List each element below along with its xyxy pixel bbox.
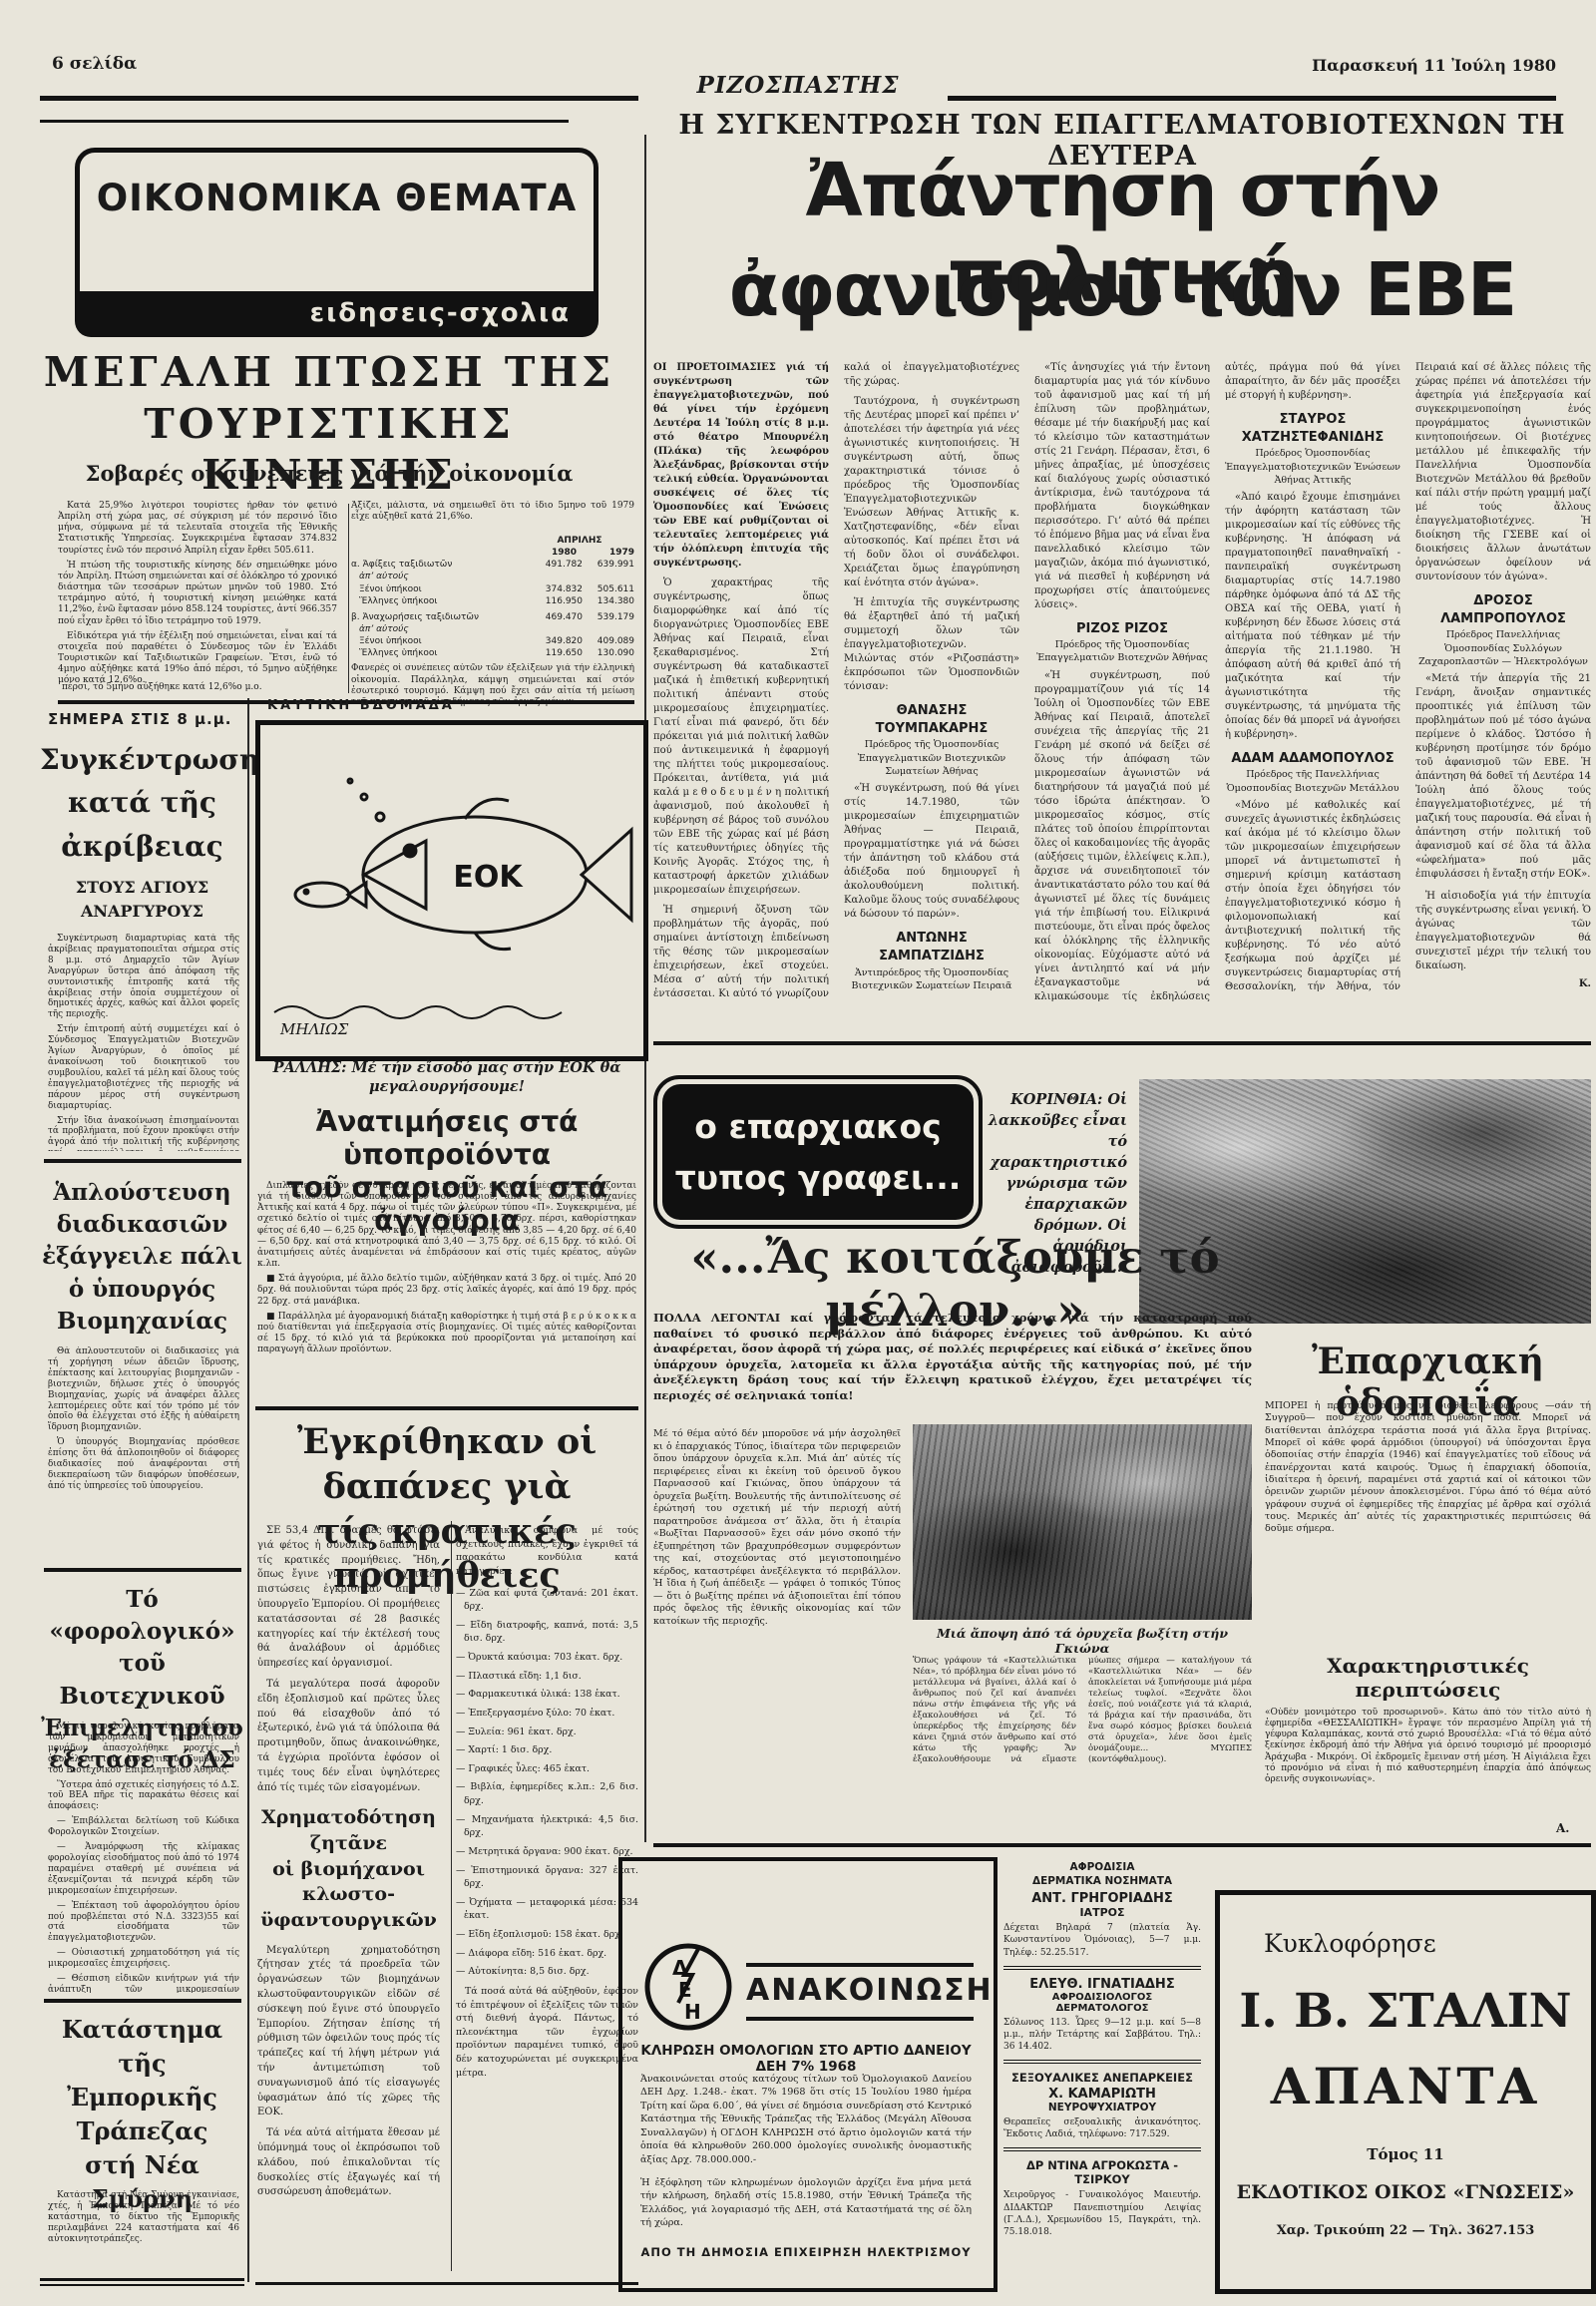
dei-logo-icon: Δ Ε Η (642, 1941, 734, 2033)
cases-title: Χαρακτηριστικές περιπτώσεις (1265, 1654, 1591, 1702)
bank-title: Κατάστημα τῆς Ἐμπορικῆς Τράπεζας στή Νέα… (40, 2013, 244, 2216)
provincial-signoff: Α. (1556, 1821, 1570, 1835)
newspaper-page: { "page": { "page_label": "6 σελίδα", "m… (0, 0, 1596, 2306)
speaker-block: ΑΔΑΜ ΑΔΑΜΟΠΟΥΛΟΣ Πρόεδρος τῆς Πανελλήνια… (1225, 750, 1400, 795)
classified-ad: ΑΦΡΟΔΙΣΙΑ ΔΕΡΜΑΤΙΚΑ ΝΟΣΗΜΑΤΑ ΑΝΤ. ΓΡΗΓΟΡ… (1003, 1861, 1201, 1959)
tourism-col2-top: Ἀξίζει, μάλιστα, νά σημειωθεῖ ὅτι τό ἴδι… (351, 501, 634, 535)
photo2-caption: Μιά ἄποψη ἀπό τά ὀρυχεῖα βωξίτη στήν Γκι… (913, 1626, 1252, 1656)
provincial-intro: ΠΟΛΛΑ ΛΕΓΟΝΤΑΙ καί γράφονται τά τελευταῖ… (653, 1311, 1252, 1416)
table-title: ΑΠΡΙΛΗΣ (525, 535, 634, 547)
cartoon-label: ΚΑΥΤΙΚΗ ΒΔΟΜΑΔΑ (267, 698, 455, 713)
list-item: — Ὀρυκτά καύσιμα: 703 ἑκατ. δρχ. (456, 1651, 638, 1665)
sidebar-bottom-rule-b (40, 2284, 244, 2286)
provincial-col-1: Μέ τό θέμα αὐτό δέν μποροῦσε νά μήν ἀσχο… (653, 1428, 901, 1835)
table-col-1980: 1980 (525, 547, 577, 559)
cartoon-caption: ΡΑΛΛΗΣ: Μέ τήν εἴσοδό μας στήν ΕΟΚ θά με… (255, 1059, 638, 1097)
header-rule-sub (40, 120, 569, 123)
speaker-title: Πρόεδρος Πανελλήνιας Ὁμοσπονδίας Συλλόγω… (1415, 628, 1591, 668)
ebe-signoff: Κ. (1415, 977, 1591, 991)
sidebar-rule-2 (44, 1568, 241, 1572)
speaker-name: ΡΙΖΟΣ ΡΙΖΟΣ (1034, 620, 1210, 638)
tourism-body: Κατά 25,9%ο λιγότεροι τουρίστες ἦρθαν τό… (58, 501, 634, 700)
classified-ad: ΔΡ ΝΤΙΝΑ ΑΓΡΟΚΩΣΤΑ - ΤΣΙΡΚΟΥ Χειροῦργος … (1003, 2158, 1201, 2238)
list-item: — Βιβλία, ἐφημερίδες κ.λπ.: 2,6 δισ. δρχ… (456, 1780, 638, 1807)
speaker-block: ΔΡΟΣΟΣ ΛΑΜΠΡΟΠΟΥΛΟΣ Πρόεδρος Πανελλήνιας… (1415, 592, 1591, 668)
speaker-title: Ἀντιπρόεδρος τῆς Ὁμοσπονδίας Βιοτεχνικῶν… (844, 966, 1019, 993)
list-item: — Μετρητικά ὄργανα: 900 ἑκατ. δρχ. (456, 1845, 638, 1859)
ad-divider (1003, 2147, 1201, 2151)
ad-divider (1003, 2060, 1201, 2064)
list-item: — Ὀχήματα — μεταφορικά μέσα: 534 ἑκατ. (456, 1896, 638, 1923)
ad4-name: ΔΡ ΝΤΙΝΑ ΑΓΡΟΚΩΣΤΑ - ΤΣΙΡΚΟΥ (1003, 2158, 1201, 2186)
meeting-body: Συγκέντρωση διαμαρτυρίας κατά τῆς ἀκρίβε… (48, 934, 239, 1151)
speaker-title: Πρόεδρος τῆς Ὁμοσπονδίας Ἐπαγγελματιῶν Β… (1034, 638, 1210, 665)
speaker-block: ΣΤΑΥΡΟΣ ΧΑΤΖΗΣΤΕΦΑΝΙΔΗΣ Πρόεδρος Ὁμοσπον… (1225, 411, 1400, 487)
speaker-name: ΑΔΑΜ ΑΔΑΜΟΠΟΥΛΟΣ (1225, 750, 1400, 768)
table-row: Ἕλληνες ὑπήκοοι116.950134.380 (351, 595, 634, 607)
procurement-col-1: ΣΕ 53,4 ΔΙΣ. δραχμές θά φτάσει γιά φέτος… (257, 1524, 440, 2274)
road-body: ΜΠΟΡΕΙ ἡ πρωτεύουσά μας νά διαθέτει λεωφ… (1265, 1400, 1591, 1646)
speaker-title: Πρόεδρος Ὁμοσπονδίας Ἐπαγγελματοβιοτεχνι… (1225, 447, 1400, 487)
simplification-title: Ἁπλούστευση διαδικασιῶν ἐξάγγειλε πάλι ὁ… (40, 1177, 244, 1338)
sidebar-bottom-rule-a (40, 2278, 244, 2281)
meeting-kicker: ΣΗΜΕΡΑ ΣΤΙΣ 8 μ.μ. (48, 710, 231, 728)
table-row: ἀπ’ αὐτούς (351, 623, 634, 635)
book-title-works: ΑΠΑΝΤΑ (1220, 2057, 1591, 2115)
ad1-sub: ΙΑΤΡΟΣ (1003, 1906, 1201, 1919)
header-rule-left (40, 96, 638, 101)
list-item: — Ἐπεξεργασμένο ξύλο: 70 ἑκατ. (456, 1707, 638, 1721)
dei-body: Ἀνακοινώνεται στούς κατόχους τίτλων τοῦ … (640, 2073, 972, 2260)
economic-themes-box: ΟΙΚΟΝΟΜΙΚΑ ΘΕΜΑΤΑ ειδησεις-σχολια (75, 148, 598, 337)
meeting-title: Συγκέντρωση κατά τῆς ἀκρίβειας (40, 738, 244, 868)
ebe-intro: ΟΙ ΠΡΟΕΤΟΙΜΑΣΙΕΣ γιά τή συγκέντρωση τῶν … (653, 361, 829, 571)
procurement-list: — Ζῶα καί φυτά ζωντανά: 201 ἑκατ. δρχ. —… (456, 1587, 638, 1979)
dei-header-rule-bottom (746, 2017, 974, 2021)
simplification-body: Θά ἁπλουστευτοῦν οἱ διαδικασίες γιά τή χ… (48, 1346, 239, 1560)
classified-ad: ΣΕΞΟΥΑΛΙΚΕΣ ΑΝΕΠΑΡΚΕΙΕΣ Χ. ΚΑΜΑΡΙΩΤΗ ΝΕΥ… (1003, 2071, 1201, 2140)
list-item: — Πλαστικά εἴδη: 1,1 δισ. (456, 1670, 638, 1684)
page-number: 6 σελίδα (52, 54, 137, 74)
tourism-deck: Σοβαρές οἱ συνέπειες γιά τήν οἰκονομία (40, 461, 618, 486)
cartoon-col-bottom-rule (255, 2282, 638, 2285)
book-ad-box: Κυκλοφόρησε Ι. Β. ΣΤΑΛΙΝ ΑΠΑΝΤΑ Τόμος 11… (1215, 1890, 1596, 2294)
speaker-block: ΡΙΖΟΣ ΡΙΖΟΣ Πρόεδρος τῆς Ὁμοσπονδίας Ἐπα… (1034, 620, 1210, 665)
ebe-article-body: ΟΙ ΠΡΟΕΤΟΙΜΑΣΙΕΣ γιά τή συγκέντρωση τῶν … (653, 361, 1591, 1031)
book-ad-label: Κυκλοφόρησε (1264, 1929, 1591, 1958)
dei-announcement-box: Δ Ε Η ΑΝΑΚΟΙΝΩΣΗ ΚΛΗΡΩΣΗ ΟΜΟΛΟΓΙΩΝ ΣΤΟ Α… (618, 1857, 997, 2292)
cases-body: «Οὐδέν μονιμότερο τοῦ προσωρινοῦ». Κάτω … (1265, 1708, 1591, 1825)
dei-signoff: ΑΠΟ ΤΗ ΔΗΜΟΣΙΑ ΕΠΙΧΕΙΡΗΣΗ ΗΛΕΚΤΡΙΣΜΟΥ (640, 2244, 972, 2260)
speaker-block: ΑΝΤΩΝΗΣ ΣΑΜΠΑΤΖΙΔΗΣ Ἀντιπρόεδρος τῆς Ὁμο… (844, 930, 1019, 992)
header-rule-right (948, 96, 1556, 101)
ad1-name: ΑΝΤ. ΓΡΗΓΟΡΙΑΔΗΣ (1003, 1891, 1201, 1906)
bank-body: Κατάστημα στή Νέα Σμύρνη ἐγκαινίασε, χτέ… (48, 2190, 239, 2274)
ad3-name: Χ. ΚΑΜΑΡΙΩΤΗ (1003, 2087, 1201, 2102)
speaker-name: ΑΝΤΩΝΗΣ ΣΑΜΠΑΤΖΙΔΗΣ (844, 930, 1019, 965)
dei-announce-title: ΑΝΑΚΟΙΝΩΣΗ (746, 1973, 974, 2008)
list-item: — Μηχανήματα ἠλεκτρικά: 4,5 δισ. δρχ. (456, 1813, 638, 1840)
ad4-body: Χειροῦργος - Γυναικολόγος Μαιευτήρ. ΔΙΔΑ… (1003, 2189, 1201, 2238)
list-item: — Φαρμακευτικά ὑλικά: 138 ἑκατ. (456, 1688, 638, 1702)
table-row: Ἕλληνες ὑπήκοοι119.650130.090 (351, 647, 634, 659)
tourism-col-2: Ἀξίζει, μάλιστα, νά σημειωθεῖ ὅτι τό ἴδι… (351, 501, 634, 700)
classified-ad: ΕΛΕΥΘ. ΙΓΝΑΤΙΑΔΗΣ ΑΦΡΟΔΙΣΙΟΛΟΓΟΣ ΔΕΡΜΑΤΟ… (1003, 1977, 1201, 2053)
masthead: ΡΙΖΟΣΠΑΣΤΗΣ (653, 72, 943, 99)
speaker-title: Πρόεδρος τῆς Πανελλήνιας Ὁμοσπονδίας Βιο… (1225, 768, 1400, 795)
april-stats-table: ΑΠΡΙΛΗΣ 19801979 α. Ἀφίξεις ταξιδιωτῶν49… (351, 535, 634, 659)
tourism-col-1: Κατά 25,9%ο λιγότεροι τουρίστες ἦρθαν τό… (58, 501, 337, 700)
book-title-author: Ι. Β. ΣΤΑΛΙΝ (1220, 1984, 1591, 2039)
provincial-press-box: ο επαρχιακος τυπος γραφει... (653, 1075, 983, 1229)
book-publisher: ΕΚΔΟΤΙΚΟΣ ΟΙΚΟΣ «ΓΝΩΣΕΙΣ» (1220, 2181, 1591, 2203)
table-row: Ξένοι ὑπήκοοι349.820409.089 (351, 635, 634, 647)
ad2-sub: ΑΦΡΟΔΙΣΙΟΛΟΓΟΣ ΔΕΡΜΑΤΟΛΟΓΟΣ (1003, 1992, 1201, 2014)
table-row: α. Ἀφίξεις ταξιδιωτῶν491.782639.991 (351, 559, 634, 571)
list-item: — Χαρτί: 1 δισ. δρχ. (456, 1743, 638, 1757)
procurement-body: ΣΕ 53,4 ΔΙΣ. δραχμές θά φτάσει γιά φέτος… (257, 1524, 638, 2274)
list-item: — Εἴδη διατροφῆς, καπνά, ποτά: 3,5 δισ. … (456, 1619, 638, 1646)
ad-divider (1003, 1966, 1201, 1970)
list-item: — Εἴδη ἐξοπλισμοῦ: 158 ἑκατ. δρχ. (456, 1928, 638, 1942)
table-row: ἀπ’ αὐτούς (351, 571, 634, 582)
provincial-mid-cols: Ὅπως γράφουν τά «Καστελλιώτικα Νέα», τό … (913, 1656, 1252, 1837)
ad3-body: Θεραπεῖες σεξουαλικῆς ἀνικανότητος. Ἔκδο… (1003, 2116, 1201, 2140)
list-item: — Ζῶα καί φυτά ζωντανά: 201 ἑκατ. δρχ. (456, 1587, 638, 1614)
ad2-body: Σόλωνος 113. Ὧρες 9—12 μ.μ. καί 5—8 μ.μ.… (1003, 2017, 1201, 2053)
list-item: — Ἐπιστημονικά ὄργανα: 327 ἑκατ. δρχ. (456, 1864, 638, 1891)
list-item: — Γραφικές ὗλες: 465 ἑκατ. (456, 1762, 638, 1776)
tourism-tail-line: πέρσι, τό 5μηνο αὐξήθηκε κατά 12,6%ο μ.ο… (62, 682, 262, 692)
ebe-headline-line2: ἀφανισμοῦ τῶν ΕΒΕ (648, 247, 1596, 333)
financing-subhead: Χρηματοδότηση ζητᾶνε οἱ βιομήχανοι κλωστ… (257, 1805, 440, 1933)
ad3-heading: ΣΕΞΟΥΑΛΙΚΕΣ ΑΝΕΠΑΡΚΕΙΕΣ (1003, 2071, 1201, 2085)
svg-text:Ε: Ε (678, 1978, 692, 2002)
cartoon-box: ΕΟΚ ΜΗΛΙΩΣ (255, 720, 648, 1061)
ad1-heading: ΑΦΡΟΔΙΣΙΑ ΔΕΡΜΑΤΙΚΑ ΝΟΣΗΜΑΤΑ (1003, 1861, 1201, 1888)
procurement-col-2: Ἀναλυτικά, σύμφωνα μέ τούς σχετικούς πίν… (456, 1524, 638, 2274)
dei-lottery-title: ΚΛΗΡΩΣΗ ΟΜΟΛΟΓΙΩΝ ΣΤΟ ΑΡΤΙΟ ΔΑΝΕΙΟΥ ΔΕΗ … (636, 2043, 976, 2075)
table-col-1979: 1979 (577, 547, 634, 559)
provincial-bottom-rule (653, 1843, 1591, 1847)
table-row: Ξένοι ὑπήκοοι374.832505.611 (351, 583, 634, 595)
classifieds-column: ΑΦΡΟΔΙΣΙΑ ΔΕΡΜΑΤΙΚΑ ΝΟΣΗΜΑΤΑ ΑΝΤ. ΓΡΗΓΟΡ… (1003, 1861, 1201, 2238)
wheat-body: Διπλάσιες σχεδόν σέ σύγκριση μέ τίς περσ… (257, 1181, 636, 1398)
speaker-name: ΔΡΟΣΟΣ ΛΑΜΠΡΟΠΟΥΛΟΣ (1415, 592, 1591, 628)
sidebar-rule-1 (44, 1159, 241, 1163)
ad2-name: ΕΛΕΥΘ. ΙΓΝΑΤΙΑΔΗΣ (1003, 1977, 1201, 1992)
page-date: Παρασκευή 11 Ἰούλη 1980 (1297, 56, 1556, 75)
bauxite-mine-photo (913, 1424, 1252, 1620)
svg-text:Δ: Δ (672, 1956, 688, 1980)
list-item: — Ξυλεία: 961 ἑκατ. δρχ. (456, 1726, 638, 1739)
list-item: — Διάφορα εἴδη: 516 ἑκατ. δρχ. (456, 1947, 638, 1961)
ebe-bottom-rule (653, 1041, 1591, 1045)
book-address: Χαρ. Τρικούπη 22 — Τηλ. 3627.153 (1220, 2223, 1591, 2238)
ad1-body: Δέχεται Βηλαρά 7 (πλατεία Ἁγ. Κωνσταντίν… (1003, 1922, 1201, 1958)
speaker-name: ΣΤΑΥΡΟΣ ΧΑΤΖΗΣΤΕΦΑΝΙΔΗΣ (1225, 411, 1400, 447)
fish-eok-label: ΕΟΚ (453, 860, 524, 895)
svg-text:Η: Η (684, 2000, 701, 2024)
sidebar-rule-3 (44, 1999, 241, 2003)
economic-themes-title: ΟΙΚΟΝΟΜΙΚΑ ΘΕΜΑΤΑ (80, 177, 594, 219)
tax-body: Μέ τά φορολογικά κυρίως προβλήματα τῶν μ… (48, 1722, 239, 1993)
cartoon-col-rule (255, 1406, 638, 1410)
list-item: — Αὐτοκίνητα: 8,5 δισ. δρχ. (456, 1965, 638, 1979)
meeting-location: ΣΤΟΥΣ ΑΓΙΟΥΣ ΑΝΑΡΓΥΡΟΥΣ (40, 876, 244, 924)
book-volume: Τόμος 11 (1220, 2145, 1591, 2163)
ad3-sub: ΝΕΥΡΟΨΥΧΙΑΤΡΟΥ (1003, 2102, 1201, 2114)
eok-fish-cartoon: ΕΟΚ ΜΗΛΙΩΣ (260, 725, 633, 1046)
cartoonist-signature: ΜΗΛΙΩΣ (279, 1020, 349, 1038)
speaker-title: Πρόεδρος τῆς Ὁμοσπονδίας Ἐπαγγελματικῶν … (844, 738, 1019, 778)
dei-header-rule-top (746, 1963, 974, 1967)
speaker-block: ΘΑΝΑΣΗΣ ΤΟΥΜΠΑΚΑΡΗΣ Πρόεδρος τῆς Ὁμοσπον… (844, 702, 1019, 778)
provincial-press-box-label: ο επαρχιακος τυπος γραφει... (662, 1084, 974, 1220)
news-comments-band: ειδησεις-σχολια (75, 291, 598, 337)
table-row: β. Ἀναχωρήσεις ταξιδιωτῶν469.470539.179 (351, 611, 634, 623)
speaker-name: ΘΑΝΑΣΗΣ ΤΟΥΜΠΑΚΑΡΗΣ (844, 702, 1019, 738)
